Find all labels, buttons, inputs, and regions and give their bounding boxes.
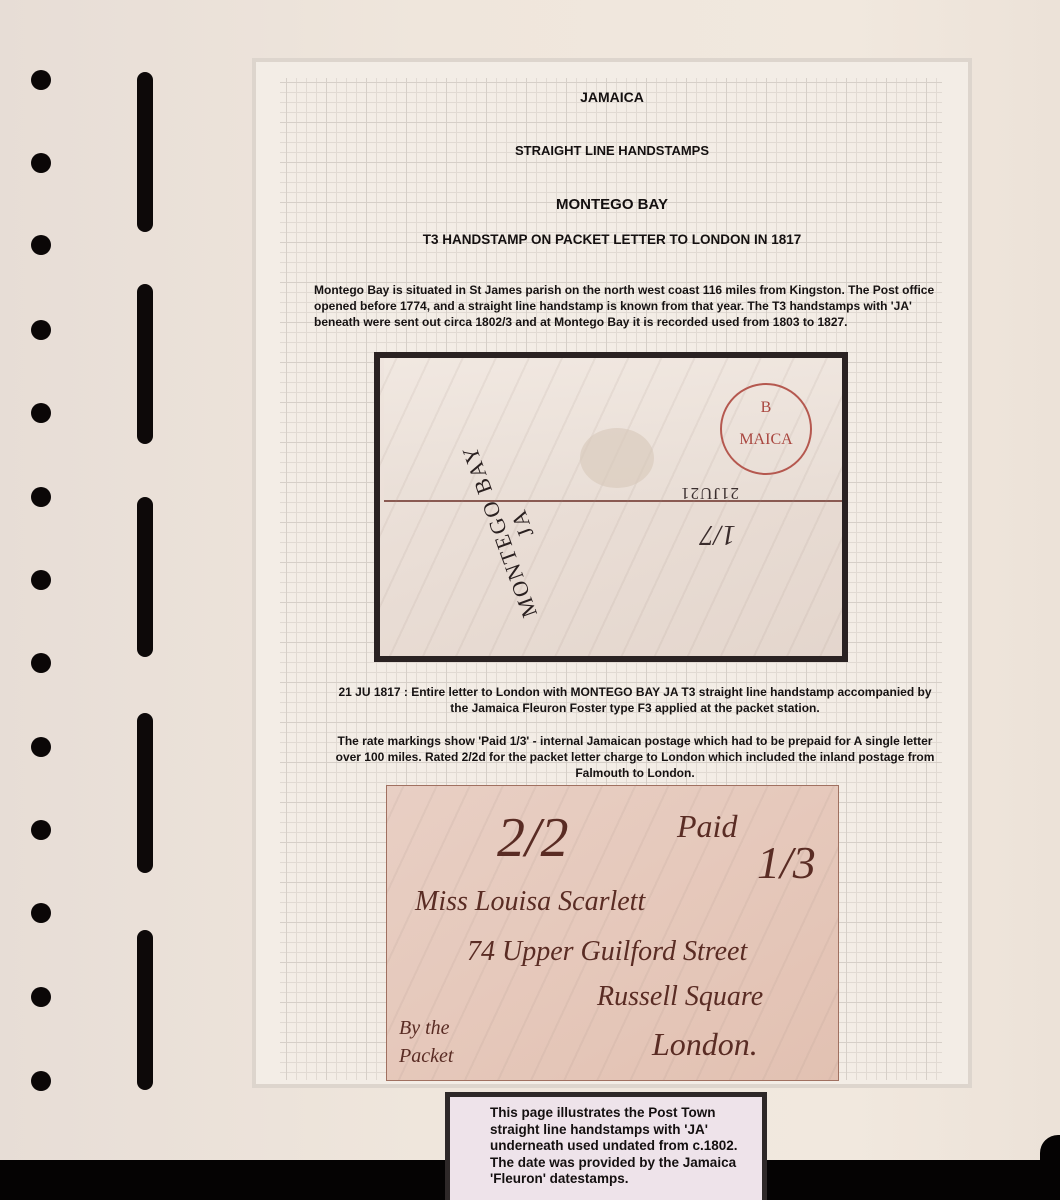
binder-slot [137,930,153,1090]
binder-hole [31,737,51,757]
cover-caption: 21 JU 1817 : Entire letter to London wit… [335,684,935,716]
rate-note: The rate markings show 'Paid 1/3' - inte… [330,733,940,781]
packet-rate: 2/2 [497,806,569,870]
binder-hole [31,987,51,1007]
address-line-4: London. [652,1026,758,1063]
fleuron-datestamp: B MAICA [720,383,812,475]
binder-hole [31,487,51,507]
address-line-1: Miss Louisa Scarlett [415,886,645,918]
binder-slot [137,284,153,444]
footer-note-box: This page illustrates the Post Town stra… [445,1092,767,1200]
binder-hole [31,235,51,255]
footer-note: This page illustrates the Post Town stra… [450,1097,762,1200]
binder-hole [31,820,51,840]
intro-paragraph: Montego Bay is situated in St James pari… [314,282,954,330]
binder-hole [31,653,51,673]
binder-hole [31,70,51,90]
binder-hole [31,153,51,173]
binder-slot [137,72,153,232]
wax-seal-mark [580,428,654,488]
date-stamp: 21JU21 [680,483,739,503]
binder-slot [137,497,153,657]
binder-hole [31,320,51,340]
address-line-3: Russell Square [597,981,763,1013]
section-heading: STRAIGHT LINE HANDSTAMPS [252,143,972,158]
address-line-2: 74 Upper Guilford Street [467,936,747,968]
rate-mark: 1/7 [700,518,736,550]
fleuron-letter: B [722,399,810,417]
paid-mark: Paid [677,808,737,845]
subtitle: T3 HANDSTAMP ON PACKET LETTER TO LONDON … [252,232,972,247]
binder-hole [31,1071,51,1091]
paid-amount: 1/3 [757,836,816,889]
binder-hole [31,403,51,423]
page-title-country: JAMAICA [252,89,972,105]
cover-address-panel: 2/2 Paid 1/3 Miss Louisa Scarlett 74 Upp… [386,785,839,1081]
binder-hole [31,903,51,923]
binder-slot [137,713,153,873]
town-heading: MONTEGO BAY [252,196,972,213]
cover-front-mount: MONTEGO BAY JA B MAICA 21JU21 1/7 [374,352,848,662]
binder-hole [31,570,51,590]
packet-endorsement: By the Packet [399,1014,479,1070]
fleuron-text: MAICA [722,431,810,449]
cover-front: MONTEGO BAY JA B MAICA 21JU21 1/7 [380,358,842,656]
